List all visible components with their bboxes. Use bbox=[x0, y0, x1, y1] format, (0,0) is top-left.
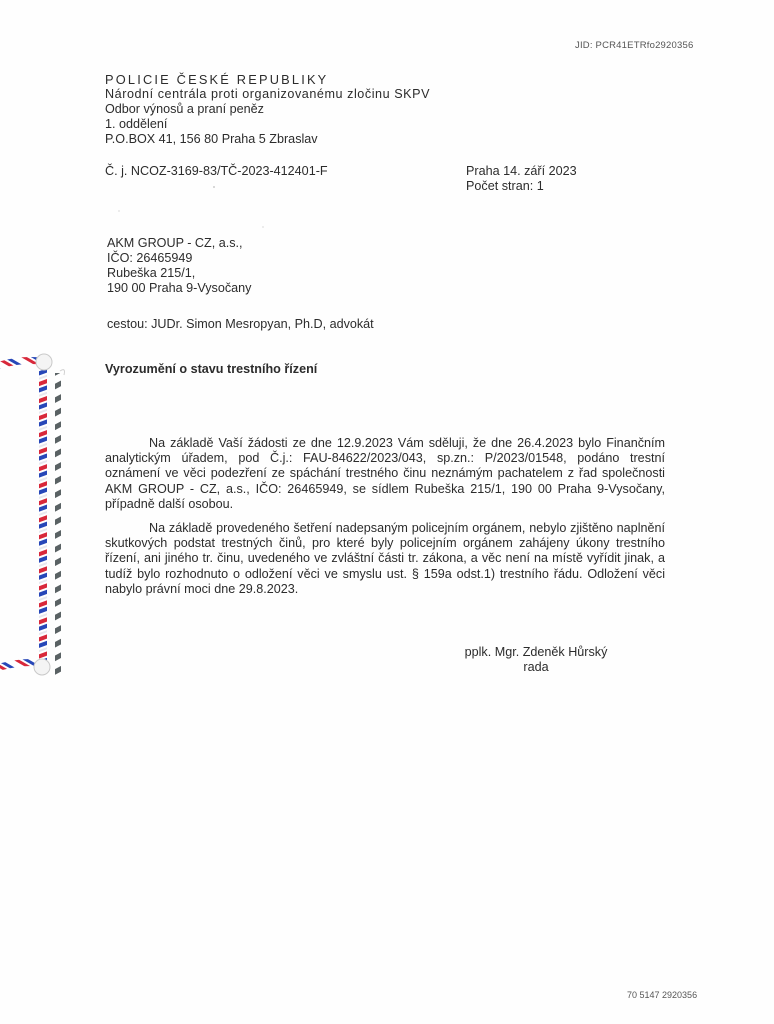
signatory-name: pplk. Mgr. Zdeněk Hůrský bbox=[456, 645, 616, 660]
recipient-city: 190 00 Praha 9-Vysočany bbox=[107, 281, 251, 296]
sender-department: Odbor výnosů a praní peněz bbox=[105, 102, 430, 117]
document-page: JID: PCR41ETRfo2920356 bbox=[0, 0, 774, 1024]
sender-header: POLICIE ČESKÉ REPUBLIKY Národní centrála… bbox=[105, 72, 430, 147]
document-jid: JID: PCR41ETRfo2920356 bbox=[575, 40, 693, 51]
place-date: Praha 14. září 2023 bbox=[466, 164, 577, 179]
reference-number: Č. j. NCOZ-3169-83/TČ-2023-412401-F bbox=[105, 164, 328, 178]
scan-speck bbox=[262, 226, 264, 228]
sender-address: P.O.BOX 41, 156 80 Praha 5 Zbraslav bbox=[105, 132, 430, 147]
body-paragraph-1: Na základě Vaší žádosti ze dne 12.9.2023… bbox=[105, 436, 665, 512]
signatory-title: rada bbox=[456, 660, 616, 675]
recipient-block: AKM GROUP - CZ, a.s., IČO: 26465949 Rube… bbox=[107, 236, 251, 296]
recipient-ico: IČO: 26465949 bbox=[107, 251, 251, 266]
signature-block: pplk. Mgr. Zdeněk Hůrský rada bbox=[456, 645, 616, 675]
paragraph-2-text: Na základě provedeného šetření nadepsaný… bbox=[105, 521, 665, 596]
via-attorney: cestou: JUDr. Simon Mesropyan, Ph.D, adv… bbox=[107, 317, 374, 331]
sender-section: 1. oddělení bbox=[105, 117, 430, 132]
sender-unit: Národní centrála proti organizovanému zl… bbox=[105, 87, 430, 102]
recipient-street: Rubeška 215/1, bbox=[107, 266, 251, 281]
recipient-name: AKM GROUP - CZ, a.s., bbox=[107, 236, 251, 251]
scan-speck bbox=[213, 186, 215, 188]
paragraph-1-text: Na základě Vaší žádosti ze dne 12.9.2023… bbox=[105, 436, 665, 511]
page-count: Počet stran: 1 bbox=[466, 179, 577, 194]
place-date-block: Praha 14. září 2023 Počet stran: 1 bbox=[466, 164, 577, 194]
sender-organization: POLICIE ČESKÉ REPUBLIKY bbox=[105, 72, 430, 87]
subject-heading: Vyrozumění o stavu trestního řízení bbox=[105, 362, 317, 376]
footer-id: 70 5147 2920356 bbox=[627, 990, 697, 1000]
tricolor-cord-icon bbox=[0, 345, 80, 685]
scan-speck bbox=[118, 210, 120, 212]
body-paragraph-2: Na základě provedeného šetření nadepsaný… bbox=[105, 521, 665, 597]
